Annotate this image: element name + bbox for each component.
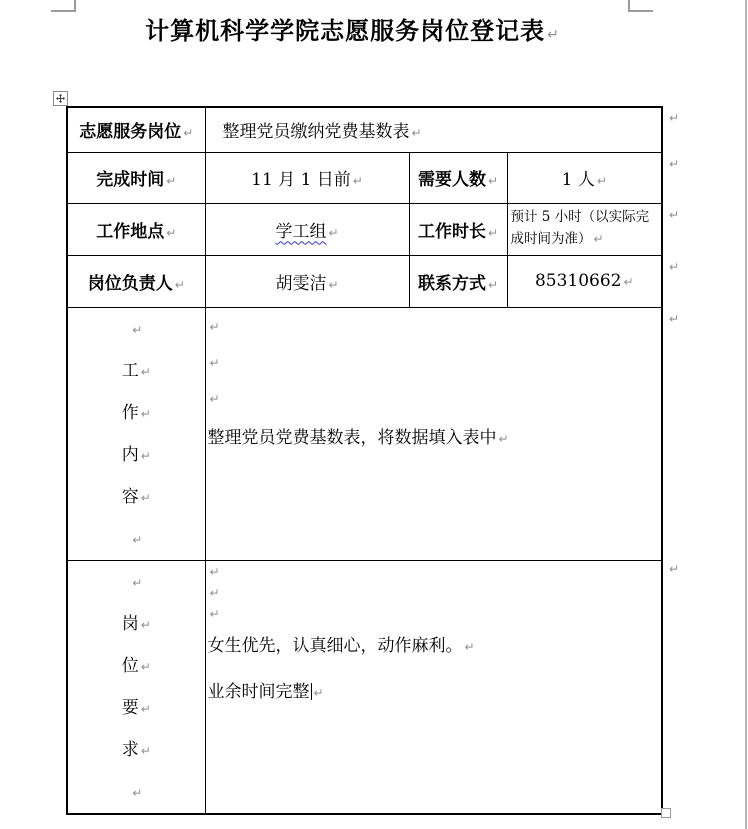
label-char: 工 xyxy=(122,361,139,381)
row-work-location: 工作地点↵ 学工组↵ 工作时长↵ 预计 5 小时（以实际完成时间为准）↵ xyxy=(67,203,662,255)
label-people-needed[interactable]: 需要人数↵ xyxy=(409,152,507,203)
value-text: 11 月 1 日前 xyxy=(251,170,351,190)
pilcrow-mark: ↵ xyxy=(328,278,338,292)
label-char: 求 xyxy=(122,740,139,760)
end-of-row-mark: ↵ xyxy=(669,111,679,125)
value-people-needed[interactable]: 1 人↵ xyxy=(507,152,662,203)
value-text: 整理党员缴纳党费基数表 xyxy=(223,122,410,142)
requirement-text-line: 女生优先，认真细心，动作麻利。↵ xyxy=(208,634,660,658)
value-work-location[interactable]: 学工组↵ xyxy=(205,203,409,255)
value-work-duration[interactable]: 预计 5 小时（以实际完成时间为准）↵ xyxy=(507,203,662,255)
requirement-text-line: 业余时间完整↵ xyxy=(208,680,660,704)
pilcrow-mark: ↵ xyxy=(141,407,151,421)
value-text: 胡雯洁 xyxy=(275,274,326,294)
row-position-requirements: ↵ 岗↵ 位↵ 要↵ 求↵ ↵ ↵ ↵ ↵ 女生优先，认真细心，动作麻利。↵ 业… xyxy=(67,560,662,814)
empty-line: ↵ xyxy=(208,561,660,582)
empty-line: ↵ xyxy=(70,561,203,603)
value-completion-time[interactable]: 11 月 1 日前↵ xyxy=(205,152,409,203)
pilcrow-mark: ↵ xyxy=(465,640,475,654)
document-title-text: 计算机科学学院志愿服务岗位登记表 xyxy=(145,16,545,45)
vertical-label-char: 要↵ xyxy=(70,687,203,729)
paragraph-mark: ↵ xyxy=(547,27,559,43)
value-work-content[interactable]: ↵ ↵ ↵ 整理党员党费基数表，将数据填入表中↵ xyxy=(205,307,662,560)
label-char: 位 xyxy=(122,656,139,676)
label-text: 志愿服务岗位 xyxy=(79,122,181,142)
empty-line: ↵ xyxy=(208,308,660,344)
value-text: 85310662 xyxy=(535,271,622,291)
value-text: 业余时间完整 xyxy=(208,682,310,702)
pilcrow-mark: ↵ xyxy=(412,126,422,140)
pilcrow-mark: ↵ xyxy=(210,565,220,579)
pilcrow-mark: ↵ xyxy=(499,432,509,446)
pilcrow-mark: ↵ xyxy=(488,226,498,240)
pilcrow-mark: ↵ xyxy=(166,174,176,188)
value-text: 整理党员党费基数表，将数据填入表中 xyxy=(208,428,497,448)
label-text: 工作地点 xyxy=(96,222,164,242)
label-char: 作 xyxy=(122,403,139,423)
vertical-label-char: 内↵ xyxy=(70,434,203,476)
value-text: 预计 5 小时（以实际完成时间为准） xyxy=(511,209,650,247)
pilcrow-mark: ↵ xyxy=(210,320,220,334)
label-text: 需要人数 xyxy=(418,170,486,190)
pilcrow-mark: ↵ xyxy=(141,702,151,716)
label-work-duration[interactable]: 工作时长↵ xyxy=(409,203,507,255)
pilcrow-mark: ↵ xyxy=(210,392,220,406)
vertical-label-char: 作↵ xyxy=(70,392,203,434)
label-position-requirements[interactable]: ↵ 岗↵ 位↵ 要↵ 求↵ ↵ xyxy=(67,560,205,814)
pilcrow-mark: ↵ xyxy=(353,174,363,188)
table-move-handle[interactable] xyxy=(53,91,68,106)
pilcrow-mark: ↵ xyxy=(132,323,142,337)
label-char: 岗 xyxy=(122,614,139,634)
pilcrow-mark: ↵ xyxy=(132,533,142,547)
label-completion-time[interactable]: 完成时间↵ xyxy=(67,152,205,203)
pilcrow-mark: ↵ xyxy=(141,618,151,632)
label-char: 内 xyxy=(122,445,139,465)
end-of-row-mark: ↵ xyxy=(669,208,679,222)
vertical-label-char: 位↵ xyxy=(70,645,203,687)
row-position-manager: 岗位负责人↵ 胡雯洁↵ 联系方式↵ 85310662↵ xyxy=(67,255,662,307)
pilcrow-mark: ↵ xyxy=(141,744,151,758)
table-resize-handle[interactable] xyxy=(661,808,671,818)
label-text: 完成时间 xyxy=(96,170,164,190)
empty-line: ↵ xyxy=(70,308,203,350)
label-contact[interactable]: 联系方式↵ xyxy=(409,255,507,307)
value-volunteer-position[interactable]: 整理党员缴纳党费基数表↵ xyxy=(205,107,662,152)
empty-line: ↵ xyxy=(208,380,660,416)
end-of-row-mark: ↵ xyxy=(669,312,679,326)
label-text: 联系方式 xyxy=(418,274,486,294)
pilcrow-mark: ↵ xyxy=(210,607,220,621)
empty-line: ↵ xyxy=(208,603,660,624)
text-cursor xyxy=(311,683,312,700)
move-icon xyxy=(56,94,65,103)
pilcrow-mark: ↵ xyxy=(488,278,498,292)
label-text: 工作时长 xyxy=(418,222,486,242)
label-char: 要 xyxy=(122,698,139,718)
value-contact[interactable]: 85310662↵ xyxy=(507,255,662,307)
document-title: 计算机科学学院志愿服务岗位登记表↵ xyxy=(75,14,629,48)
label-volunteer-position[interactable]: 志愿服务岗位↵ xyxy=(67,107,205,152)
label-position-manager[interactable]: 岗位负责人↵ xyxy=(67,255,205,307)
pilcrow-mark: ↵ xyxy=(141,660,151,674)
pilcrow-mark: ↵ xyxy=(132,786,142,800)
spellcheck-underlined-text: 学工组 xyxy=(275,222,326,242)
empty-line: ↵ xyxy=(70,771,203,813)
pilcrow-mark: ↵ xyxy=(141,491,151,505)
page-right-edge xyxy=(745,0,747,829)
pilcrow-mark: ↵ xyxy=(488,174,498,188)
empty-line: ↵ xyxy=(70,518,203,560)
end-of-row-mark: ↵ xyxy=(669,157,679,171)
end-of-row-mark: ↵ xyxy=(669,562,679,576)
word-document-view: { "document": { "title": "计算机科学学院志愿服务岗位登… xyxy=(0,0,748,829)
margin-crop-mark-top-left-horizontal xyxy=(51,10,76,12)
value-position-requirements[interactable]: ↵ ↵ ↵ 女生优先，认真细心，动作麻利。↵ 业余时间完整↵ xyxy=(205,560,662,814)
pilcrow-mark: ↵ xyxy=(314,686,324,700)
pilcrow-mark: ↵ xyxy=(141,365,151,379)
empty-line: ↵ xyxy=(208,344,660,380)
value-text: 女生优先，认真细心，动作麻利。 xyxy=(208,636,463,656)
registration-table: 志愿服务岗位↵ 整理党员缴纳党费基数表↵ 完成时间↵ 11 月 1 日前↵ 需要… xyxy=(66,106,663,815)
value-position-manager[interactable]: 胡雯洁↵ xyxy=(205,255,409,307)
row-completion-time: 完成时间↵ 11 月 1 日前↵ 需要人数↵ 1 人↵ xyxy=(67,152,662,203)
pilcrow-mark: ↵ xyxy=(210,356,220,370)
vertical-label-char: 求↵ xyxy=(70,729,203,771)
pilcrow-mark: ↵ xyxy=(141,449,151,463)
label-work-content[interactable]: ↵ 工↵ 作↵ 内↵ 容↵ ↵ xyxy=(67,307,205,560)
row-volunteer-position: 志愿服务岗位↵ 整理党员缴纳党费基数表↵ xyxy=(67,107,662,152)
row-work-content: ↵ 工↵ 作↵ 内↵ 容↵ ↵ ↵ ↵ ↵ 整理党员党费基数表，将数据填入表中↵ xyxy=(67,307,662,560)
vertical-label-char: 工↵ xyxy=(70,350,203,392)
pilcrow-mark: ↵ xyxy=(594,232,604,246)
work-content-text-line: 整理党员党费基数表，将数据填入表中↵ xyxy=(208,426,660,450)
vertical-label-char: 岗↵ xyxy=(70,603,203,645)
value-text: 1 人 xyxy=(562,170,595,190)
pilcrow-mark: ↵ xyxy=(132,576,142,590)
pilcrow-mark: ↵ xyxy=(183,126,193,140)
empty-line: ↵ xyxy=(208,582,660,603)
margin-crop-mark-top-right-horizontal xyxy=(628,10,653,12)
end-of-row-mark: ↵ xyxy=(669,260,679,274)
pilcrow-mark: ↵ xyxy=(166,226,176,240)
pilcrow-mark: ↵ xyxy=(210,586,220,600)
vertical-label-char: 容↵ xyxy=(70,476,203,518)
pilcrow-mark: ↵ xyxy=(597,174,607,188)
pilcrow-mark: ↵ xyxy=(328,226,338,240)
pilcrow-mark: ↵ xyxy=(175,278,185,292)
pilcrow-mark: ↵ xyxy=(623,275,633,289)
label-text: 岗位负责人 xyxy=(88,274,173,294)
label-char: 容 xyxy=(122,487,139,507)
label-work-location[interactable]: 工作地点↵ xyxy=(67,203,205,255)
